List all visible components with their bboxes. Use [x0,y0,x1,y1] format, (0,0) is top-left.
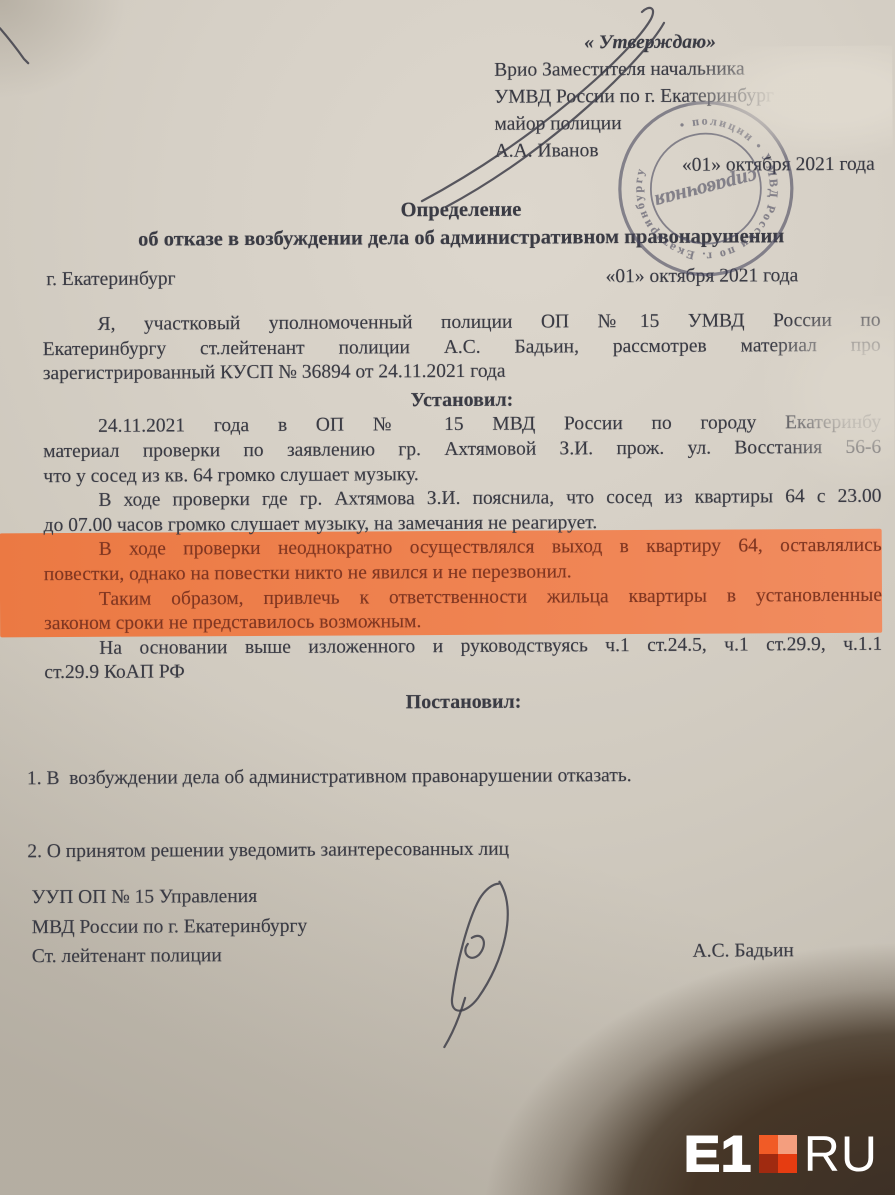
paragraph-line: ст.29.9 КоАП РФ [44,657,882,686]
square-quadrant [759,1154,778,1173]
watermark-ru-text: RU [804,1135,878,1173]
highlighted-line: В ходе проверки неоднократно осуществлял… [44,534,882,563]
approval-heading: « Утверждаю» [485,28,815,57]
signoff-line: МВД России по г. Екатеринбургу [32,911,308,942]
signoff-line: Ст. лейтенант полиции [32,941,308,972]
official-stamp-icon: • полиции • УМВД России по г. Екатеринбу… [592,90,823,301]
square-quadrant [759,1135,778,1154]
square-quadrant [778,1135,797,1154]
stamp-center-text: справочная [652,165,760,214]
signoff-line: УУП ОП № 15 Управления [31,882,307,913]
city-label: г. Екатеринбург [42,267,175,292]
paragraph-line: В ходе проверки где гр. Ахтямова З.И. по… [43,485,881,514]
paragraph-line: Екатеринбургу ст.лейтенант полиции А.С. … [43,333,881,362]
signature-main [465,936,484,958]
e1ru-watermark: E1 RU [689,1135,878,1173]
section-heading-postanovil: Постановил: [44,688,882,717]
resolution-item: 1. В возбуждении дела об административно… [27,762,883,791]
paragraph-line: материал проверки по заявлению гр. Ахтям… [43,436,881,465]
paragraph-line: Я, участковый уполномоченный полиции ОП … [43,309,881,338]
document-photo: « Утверждаю» Врио Заместителя начальника… [0,0,895,1195]
signature-main [444,998,465,1047]
watermark-e1-text: E1 [684,1135,752,1173]
signoff-name: А.С. Бадьин [693,939,794,964]
square-quadrant [778,1154,797,1173]
document-page: « Утверждаю» Врио Заместителя начальника… [0,0,895,1195]
signoff-block: УУП ОП № 15 Управления МВД России по г. … [31,882,307,972]
watermark-square-icon [759,1135,797,1173]
approval-line: Врио Заместителя начальника [485,55,815,84]
document-body: Я, участковый уполномоченный полиции ОП … [43,309,884,915]
paragraph-line: На основании выше изложенного и руководс… [44,632,882,661]
resolution-item: 2. О принятом решении уведомить заинтере… [27,836,883,865]
highlighted-line: Таким образом, привлечь к ответственност… [44,583,882,612]
paragraph-line: зарегистрированный КУСП № 36894 от 24.11… [43,358,881,387]
pen-mark-corner [0,28,28,63]
section-heading-ustanovil: Установил: [43,386,881,415]
